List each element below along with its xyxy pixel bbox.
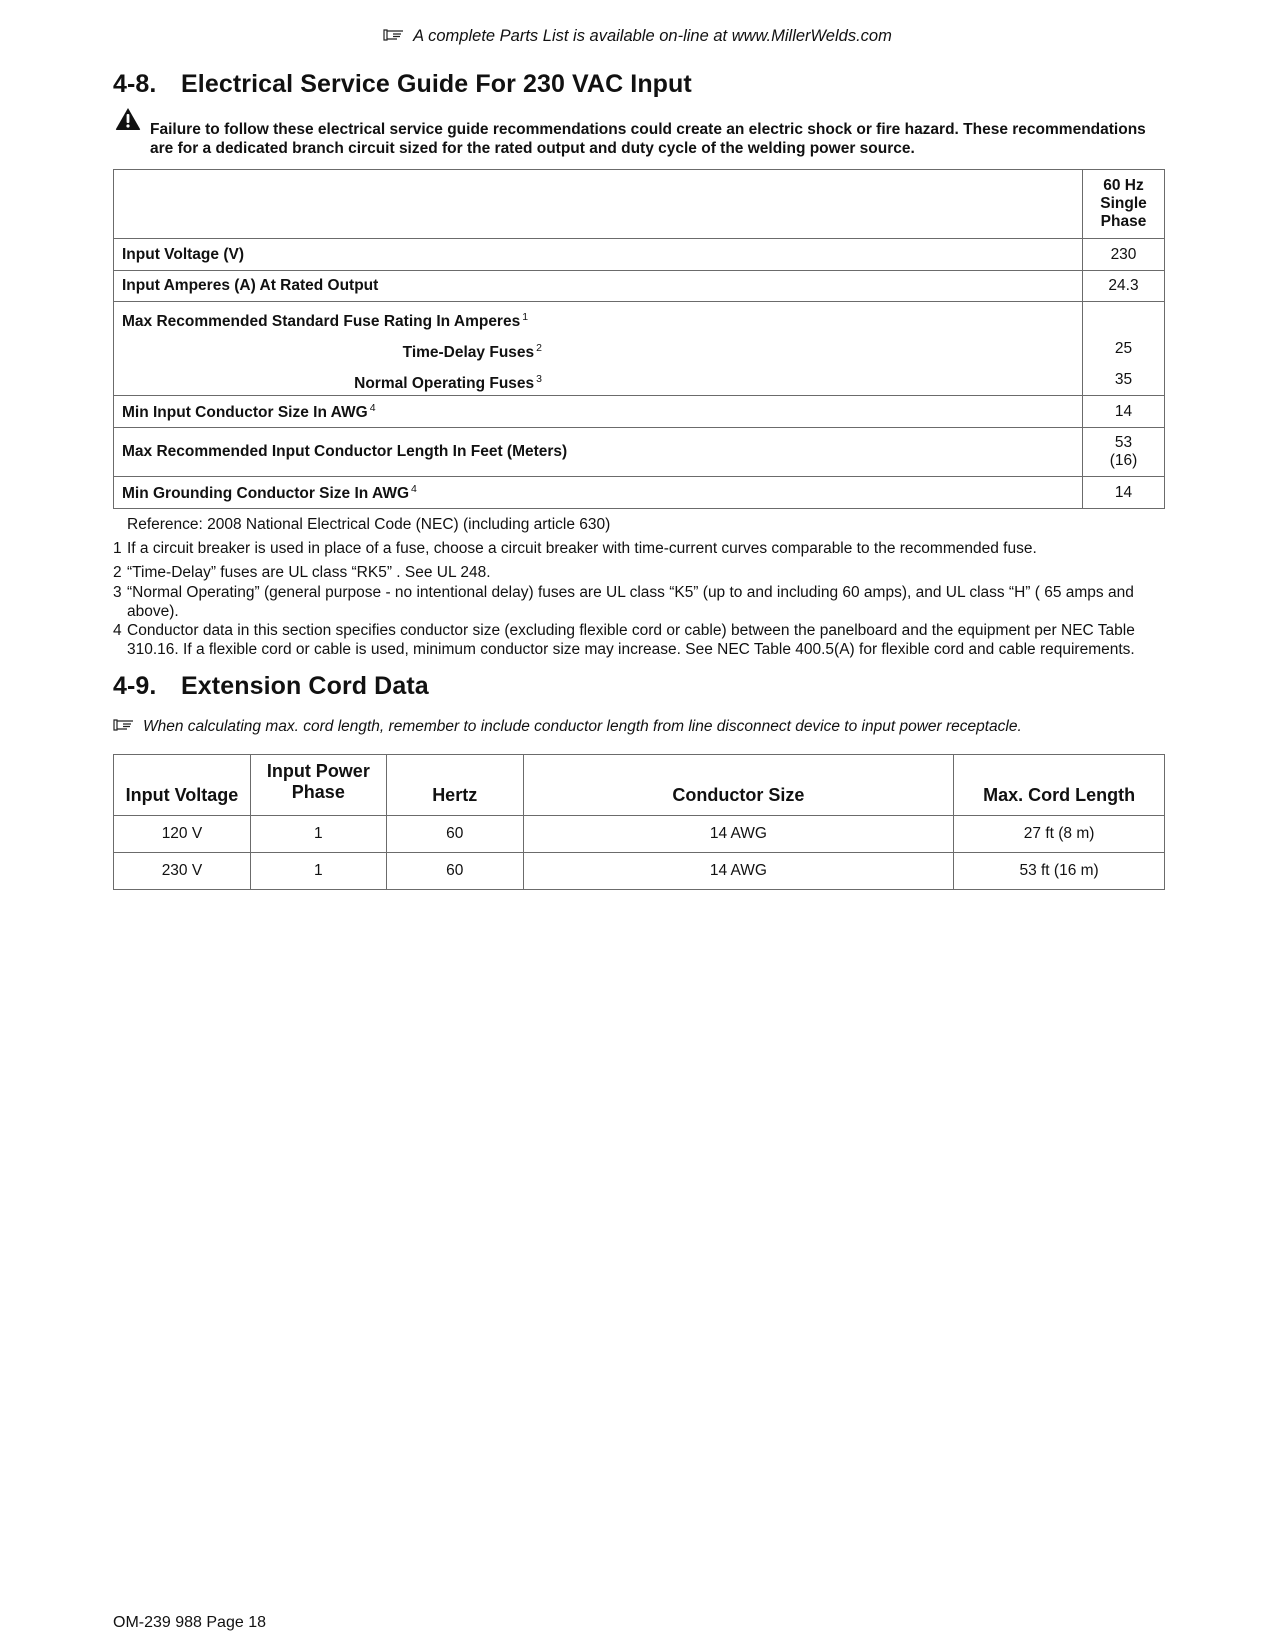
value-feet: 53 — [1083, 434, 1164, 452]
fuse-rating-label: Max Recommended Standard Fuse Rating In … — [114, 302, 1082, 333]
table-cell: 230 V — [114, 853, 251, 890]
row-value: 230 — [1083, 239, 1165, 271]
warning-block: Failure to follow these electrical servi… — [113, 120, 1173, 158]
row-label-text: Max Recommended Input Conductor Length I… — [122, 443, 567, 460]
footnote-text: If a circuit breaker is used in place of… — [127, 540, 1173, 559]
value-meters: (16) — [1083, 452, 1164, 470]
section-number: 4-8. — [113, 70, 181, 99]
header-blank-cell — [114, 170, 1083, 239]
row-label-text: Input Voltage (V) — [122, 246, 244, 263]
table-row: Min Grounding Conductor Size In AWG4 14 — [114, 477, 1165, 509]
column-header: Conductor Size — [523, 755, 954, 816]
row-label-text: Min Grounding Conductor Size In AWG — [122, 485, 409, 502]
table-cell: 120 V — [114, 816, 251, 853]
normal-operating-fuses-value: 35 — [1083, 364, 1164, 395]
row-label: Input Amperes (A) At Rated Output — [114, 271, 1083, 302]
table-row: Input Amperes (A) At Rated Output 24.3 — [114, 271, 1165, 302]
footnote-4: 4 Conductor data in this section specifi… — [113, 622, 1173, 659]
column-header: Input Power Phase — [250, 755, 386, 816]
row-value: 14 — [1083, 396, 1165, 428]
footnote-ref: 2 — [536, 342, 542, 354]
table-cell: 53 ft (16 m) — [954, 853, 1165, 890]
table-row: Min Input Conductor Size In AWG4 14 — [114, 396, 1165, 428]
footnote-text: “Normal Operating” (general purpose - no… — [127, 584, 1173, 621]
footnote-ref: 3 — [536, 373, 542, 385]
table-header-row: Input Voltage Input Power Phase Hertz Co… — [114, 755, 1165, 816]
footnote-number: 2 — [113, 564, 127, 583]
extension-cord-table: Input Voltage Input Power Phase Hertz Co… — [113, 754, 1165, 890]
footnote-text: “Time-Delay” fuses are UL class “RK5” . … — [127, 564, 1173, 583]
footnote-ref: 4 — [411, 483, 417, 495]
row-label: Min Input Conductor Size In AWG4 — [114, 396, 1083, 428]
column-header: Max. Cord Length — [954, 755, 1165, 816]
header-line: Phase — [1083, 213, 1164, 231]
time-delay-fuses-label: Time-Delay Fuses2 — [114, 333, 1082, 364]
row-value: 25 35 — [1083, 302, 1165, 396]
footnote-1: 1 If a circuit breaker is used in place … — [113, 540, 1173, 559]
cord-length-note-text: When calculating max. cord length, remem… — [143, 718, 1022, 735]
table-header-row: 60 Hz Single Phase — [114, 170, 1165, 239]
table-cell: 27 ft (8 m) — [954, 816, 1165, 853]
column-header: Input Voltage — [114, 755, 251, 816]
section-title: Electrical Service Guide For 230 VAC Inp… — [181, 70, 692, 98]
header-line: Single — [1083, 195, 1164, 213]
row-value: 24.3 — [1083, 271, 1165, 302]
normal-operating-fuses-label: Normal Operating Fuses3 — [114, 364, 1082, 395]
pointing-hand-icon — [113, 718, 137, 732]
parts-list-note-text: A complete Parts List is available on-li… — [413, 27, 892, 45]
electrical-service-table: 60 Hz Single Phase Input Voltage (V) 230… — [113, 169, 1165, 509]
footnote-ref: 1 — [522, 311, 528, 323]
column-header-60hz-single-phase: 60 Hz Single Phase — [1083, 170, 1165, 239]
row-label: Max Recommended Standard Fuse Rating In … — [114, 302, 1083, 396]
row-label: Input Voltage (V) — [114, 239, 1083, 271]
table-row-fuse-rating: Max Recommended Standard Fuse Rating In … — [114, 302, 1165, 396]
column-header: Hertz — [386, 755, 523, 816]
table-cell: 1 — [250, 853, 386, 890]
footnote-2: 2 “Time-Delay” fuses are UL class “RK5” … — [113, 564, 1173, 583]
row-label: Min Grounding Conductor Size In AWG4 — [114, 477, 1083, 509]
table-row: Input Voltage (V) 230 — [114, 239, 1165, 271]
section-number: 4-9. — [113, 672, 181, 701]
row-label-text: Input Amperes (A) At Rated Output — [122, 277, 378, 294]
row-value: 14 — [1083, 477, 1165, 509]
table-cell: 1 — [250, 816, 386, 853]
fuse-rating-label-text: Max Recommended Standard Fuse Rating In … — [122, 313, 520, 330]
table-cell: 14 AWG — [523, 816, 954, 853]
row-label: Max Recommended Input Conductor Length I… — [114, 428, 1083, 477]
footnote-number: 3 — [113, 584, 127, 603]
pointing-hand-icon — [383, 28, 407, 42]
table-cell: 60 — [386, 853, 523, 890]
row-value: 53 (16) — [1083, 428, 1165, 477]
fuse-rating-value — [1083, 302, 1164, 333]
time-delay-fuses-label-text: Time-Delay Fuses — [403, 344, 535, 361]
warning-triangle-icon — [115, 107, 141, 131]
table-row: 120 V 1 60 14 AWG 27 ft (8 m) — [114, 816, 1165, 853]
section-title: Extension Cord Data — [181, 672, 429, 700]
footnote-number: 4 — [113, 622, 127, 641]
table-cell: 14 AWG — [523, 853, 954, 890]
footnote-ref: 4 — [370, 402, 376, 414]
section-heading-4-8: 4-8.Electrical Service Guide For 230 VAC… — [113, 70, 692, 99]
table-row: 230 V 1 60 14 AWG 53 ft (16 m) — [114, 853, 1165, 890]
footnote-text: Conductor data in this section specifies… — [127, 622, 1173, 659]
warning-text: Failure to follow these electrical servi… — [150, 120, 1173, 158]
reference-text: Reference: 2008 National Electrical Code… — [127, 516, 1173, 535]
normal-operating-fuses-label-text: Normal Operating Fuses — [354, 375, 534, 392]
cord-length-note: When calculating max. cord length, remem… — [113, 718, 1022, 736]
header-line: 60 Hz — [1083, 177, 1164, 195]
row-label-text: Min Input Conductor Size In AWG — [122, 404, 368, 421]
footnote-number: 1 — [113, 540, 127, 559]
section-heading-4-9: 4-9.Extension Cord Data — [113, 672, 429, 701]
reference-line: Reference: 2008 National Electrical Code… — [113, 516, 1173, 535]
table-row: Max Recommended Input Conductor Length I… — [114, 428, 1165, 477]
page-footer: OM-239 988 Page 18 — [113, 1614, 266, 1632]
time-delay-fuses-value: 25 — [1083, 333, 1164, 364]
parts-list-note: A complete Parts List is available on-li… — [0, 27, 1275, 46]
footnote-3: 3 “Normal Operating” (general purpose - … — [113, 584, 1173, 621]
table-cell: 60 — [386, 816, 523, 853]
